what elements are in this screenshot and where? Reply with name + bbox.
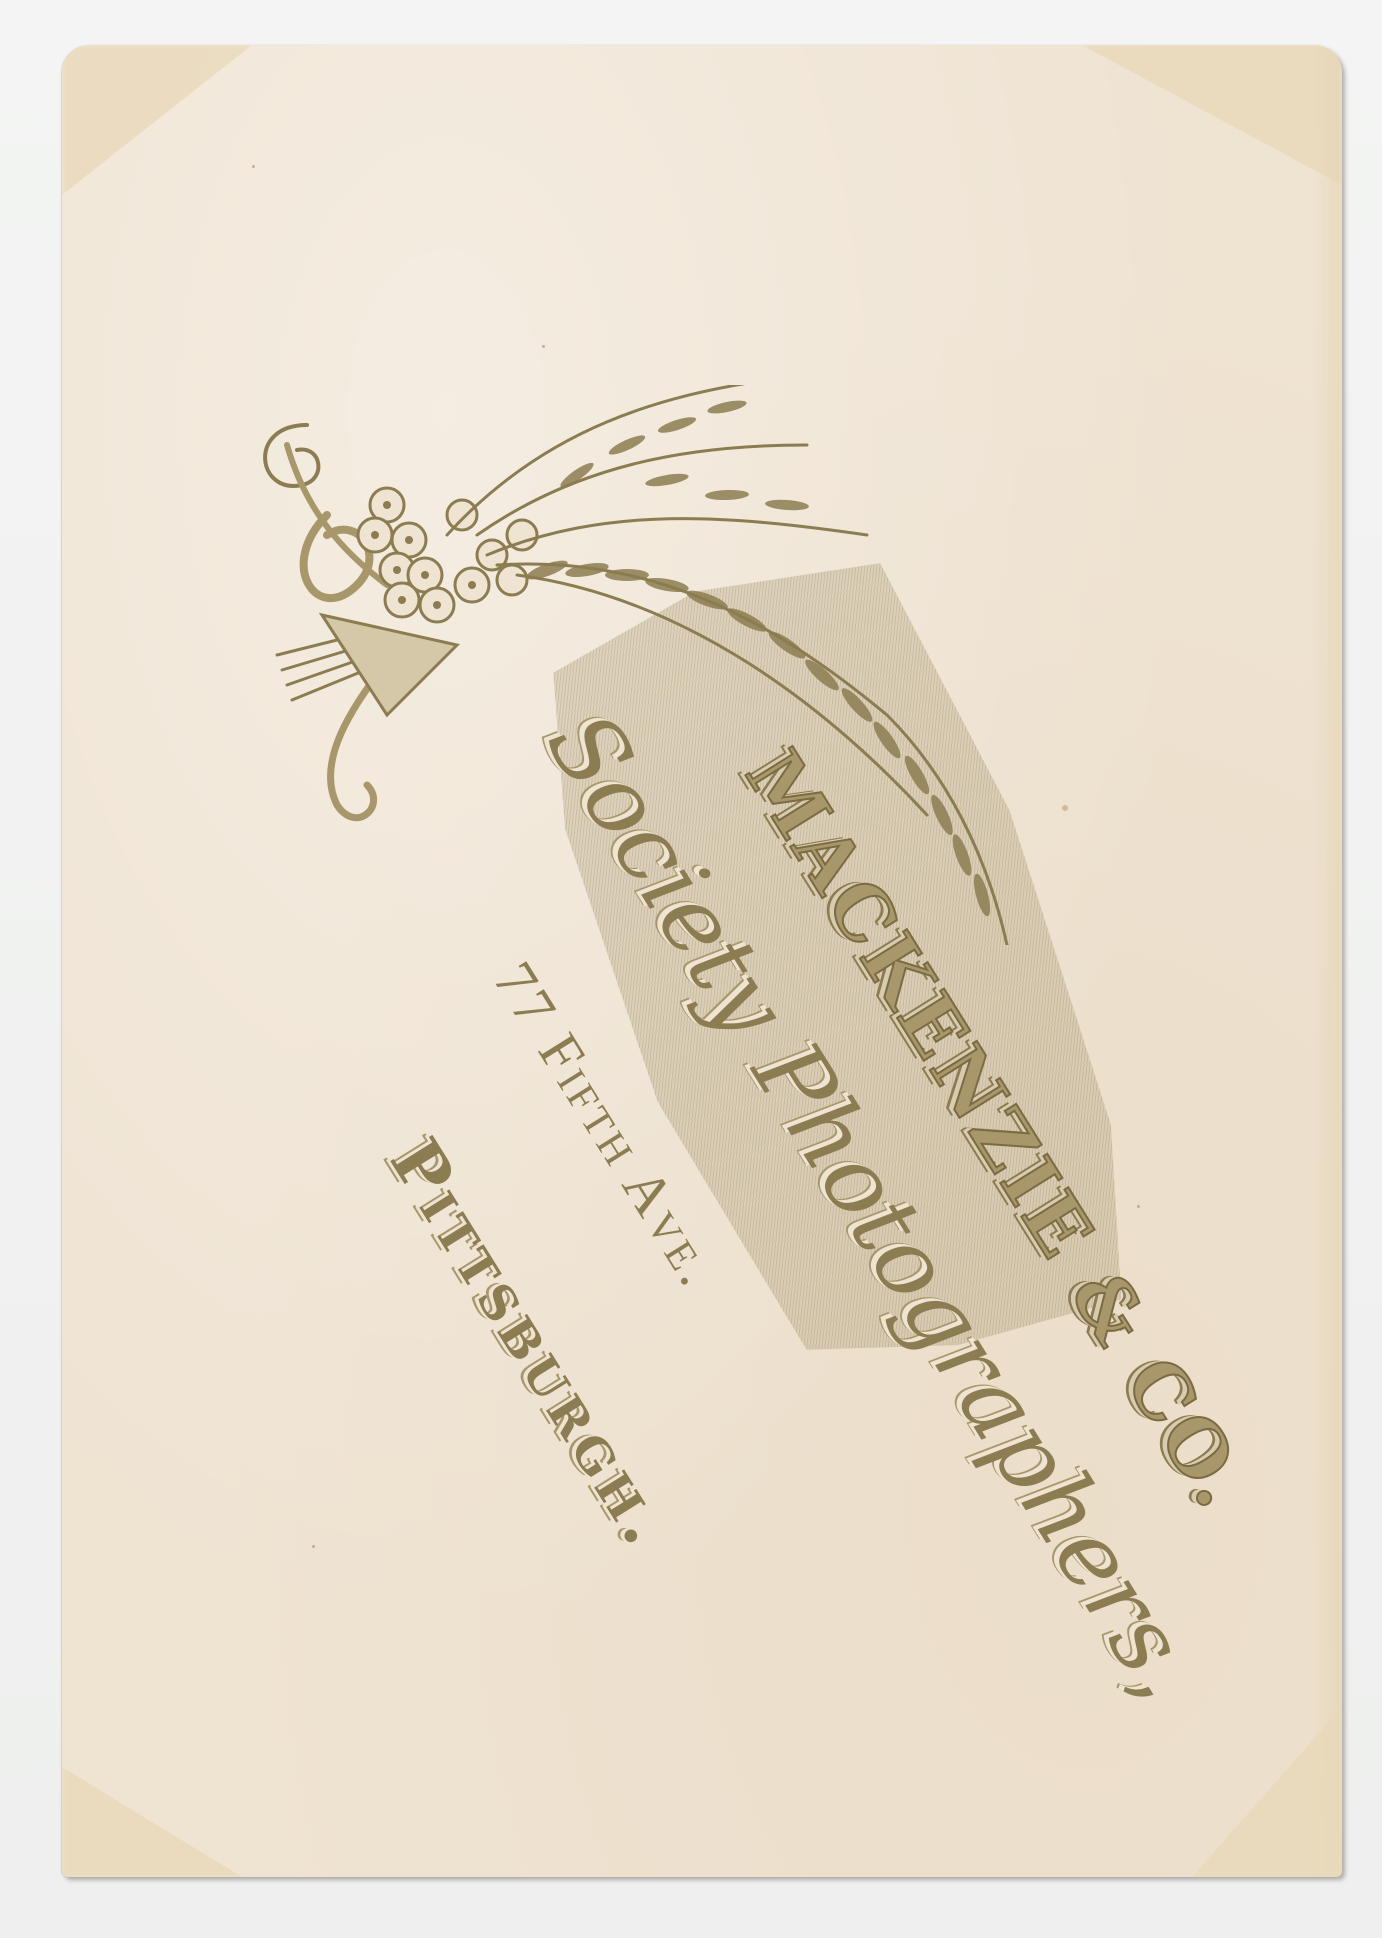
worn-corner-top-left xyxy=(62,45,252,195)
speck xyxy=(542,345,545,348)
speck xyxy=(252,165,255,168)
cabinet-card: Society Photographers, MACKENZIE & CO. 7… xyxy=(62,45,1342,1877)
worn-corner-bottom-left xyxy=(62,1767,242,1877)
worn-edge-right xyxy=(1312,45,1342,1877)
speck xyxy=(312,1545,315,1548)
scan-background: Society Photographers, MACKENZIE & CO. 7… xyxy=(0,0,1382,1938)
worn-corner-bottom-right xyxy=(1192,1707,1342,1877)
speck xyxy=(1137,1205,1140,1208)
worn-corner-top-right xyxy=(1082,45,1342,185)
